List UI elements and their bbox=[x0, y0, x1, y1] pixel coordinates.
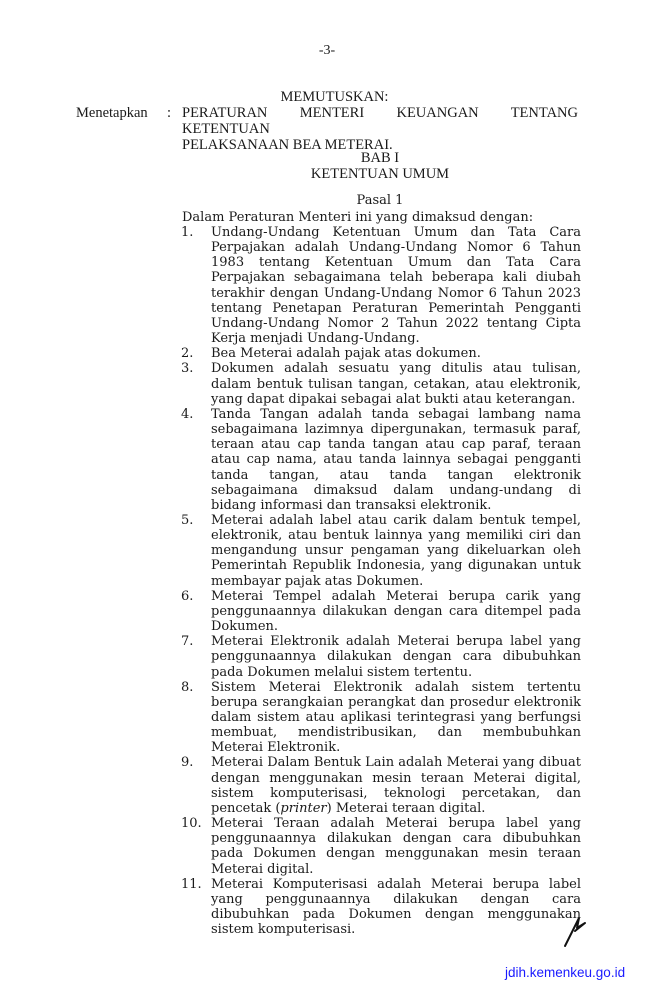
list-item: 5.Meterai adalah label atau carik dalam … bbox=[181, 513, 581, 589]
paraf-signature-icon bbox=[563, 914, 589, 948]
list-item-number: 5. bbox=[181, 513, 193, 528]
list-item-text: Tanda Tangan adalah tanda sebagai lamban… bbox=[211, 407, 581, 513]
definitions-list: 1.Undang-Undang Ketentuan Umum dan Tata … bbox=[181, 225, 581, 937]
list-item-number: 11. bbox=[181, 877, 202, 892]
list-item-text: Meterai Tempel adalah Meterai berupa car… bbox=[211, 589, 581, 634]
list-item-number: 4. bbox=[181, 407, 193, 422]
article-intro: Dalam Peraturan Menteri ini yang dimaksu… bbox=[182, 210, 578, 225]
chapter-title: KETENTUAN UMUM bbox=[182, 166, 578, 182]
chapter-number: BAB I bbox=[182, 150, 578, 166]
list-item: 9.Meterai Dalam Bentuk Lain adalah Meter… bbox=[181, 755, 581, 816]
list-item-number: 10. bbox=[181, 816, 202, 831]
chapter-heading: BAB I KETENTUAN UMUM bbox=[182, 150, 578, 182]
list-item-text: Bea Meterai adalah pajak atas dokumen. bbox=[211, 346, 581, 361]
list-item-text: Meterai Dalam Bentuk Lain adalah Meterai… bbox=[211, 755, 581, 816]
list-item-number: 3. bbox=[181, 361, 193, 376]
list-item-text: Meterai adalah label atau carik dalam be… bbox=[211, 513, 581, 589]
list-item-text: Meterai Elektronik adalah Meterai berupa… bbox=[211, 634, 581, 679]
list-item-text: Sistem Meterai Elektronik adalah sistem … bbox=[211, 680, 581, 756]
list-item: 1.Undang-Undang Ketentuan Umum dan Tata … bbox=[181, 225, 581, 346]
list-item-italic-term: printer bbox=[280, 801, 326, 816]
list-item-text: Meterai Komputerisasi adalah Meterai ber… bbox=[211, 877, 581, 938]
list-item-text: Dokumen adalah sesuatu yang ditulis atau… bbox=[211, 361, 581, 406]
list-item: 4.Tanda Tangan adalah tanda sebagai lamb… bbox=[181, 407, 581, 513]
list-item-text-part: ) Meterai teraan digital. bbox=[327, 801, 486, 816]
page-number: -3- bbox=[0, 43, 654, 59]
list-item-number: 8. bbox=[181, 680, 193, 695]
list-item: 2.Bea Meterai adalah pajak atas dokumen. bbox=[181, 346, 581, 361]
list-item: 8.Sistem Meterai Elektronik adalah siste… bbox=[181, 680, 581, 756]
list-item-number: 7. bbox=[181, 634, 193, 649]
regulation-title-line-1: PERATURAN MENTERI KEUANGAN TENTANG KETEN… bbox=[182, 105, 578, 137]
list-item: 3.Dokumen adalah sesuatu yang ditulis at… bbox=[181, 361, 581, 406]
list-item-text: Meterai Teraan adalah Meterai berupa lab… bbox=[211, 816, 581, 877]
list-item: 7.Meterai Elektronik adalah Meterai beru… bbox=[181, 634, 581, 679]
decision-heading: MEMUTUSKAN: bbox=[0, 89, 654, 106]
regulation-title: PERATURAN MENTERI KEUANGAN TENTANG KETEN… bbox=[182, 105, 578, 153]
list-item: 11.Meterai Komputerisasi adalah Meterai … bbox=[181, 877, 581, 938]
watermark-link[interactable]: jdih.kemenkeu.go.id bbox=[505, 965, 625, 980]
menetapkan-colon: : bbox=[167, 105, 171, 121]
list-item-text: Undang-Undang Ketentuan Umum dan Tata Ca… bbox=[211, 225, 581, 346]
list-item: 10.Meterai Teraan adalah Meterai berupa … bbox=[181, 816, 581, 877]
article-title: Pasal 1 bbox=[182, 193, 578, 208]
list-item-number: 2. bbox=[181, 346, 193, 361]
list-item-number: 1. bbox=[181, 225, 193, 240]
list-item-number: 9. bbox=[181, 755, 193, 770]
menetapkan-label: Menetapkan bbox=[76, 105, 148, 121]
list-item: 6.Meterai Tempel adalah Meterai berupa c… bbox=[181, 589, 581, 634]
list-item-number: 6. bbox=[181, 589, 193, 604]
